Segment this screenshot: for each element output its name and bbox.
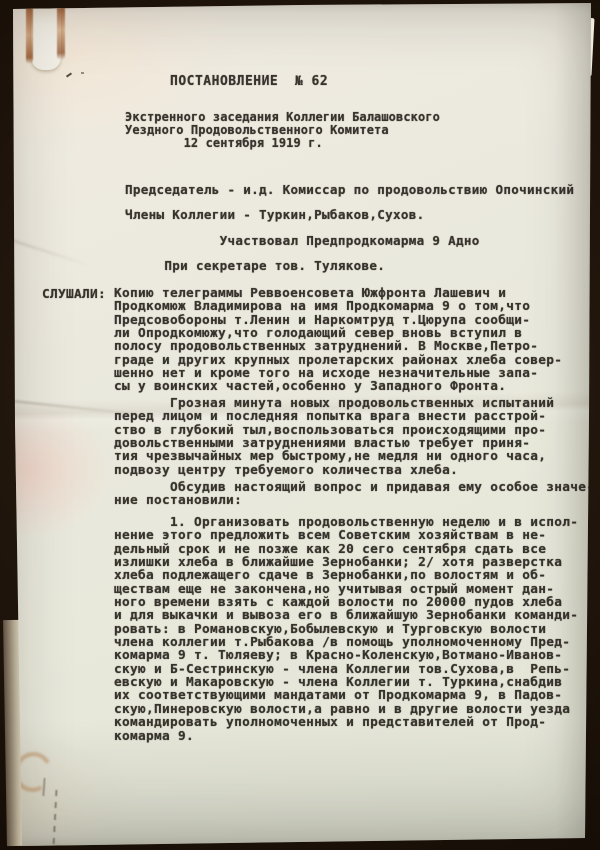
rust-stain xyxy=(26,0,33,64)
page-stack-edge xyxy=(53,790,58,846)
archival-photo: ПОСТАНОВЛЕНИЕ № 62 Экстренного заседания… xyxy=(0,0,600,850)
doc-attendees: Председатель - и.д. Комиссар по продовол… xyxy=(125,177,574,279)
ink-speck xyxy=(81,72,84,74)
rust-stain xyxy=(57,0,65,60)
doc-title: ПОСТАНОВЛЕНИЕ № 62 xyxy=(170,74,328,89)
doc-subtitle: Экстренного заседания Коллегии Балашовск… xyxy=(125,111,440,151)
crease-line xyxy=(8,238,94,268)
ink-speck xyxy=(66,72,72,77)
document-page: ПОСТАНОВЛЕНИЕ № 62 Экстренного заседания… xyxy=(0,0,600,850)
binding-slot xyxy=(36,0,55,6)
paragraph-situation: Грозная минута новых продовольственных и… xyxy=(114,397,554,477)
paragraph-resolution: 1. Организовать продовольственную неделю… xyxy=(114,516,578,743)
paragraph-resolved-intro: Обсудив настоящий вопрос и придавая ему … xyxy=(114,481,594,508)
heard-section-body: Копию телеграммы Реввоенсовета Южфронта … xyxy=(114,287,562,394)
heard-section-label: СЛУШАЛИ: xyxy=(42,287,106,302)
